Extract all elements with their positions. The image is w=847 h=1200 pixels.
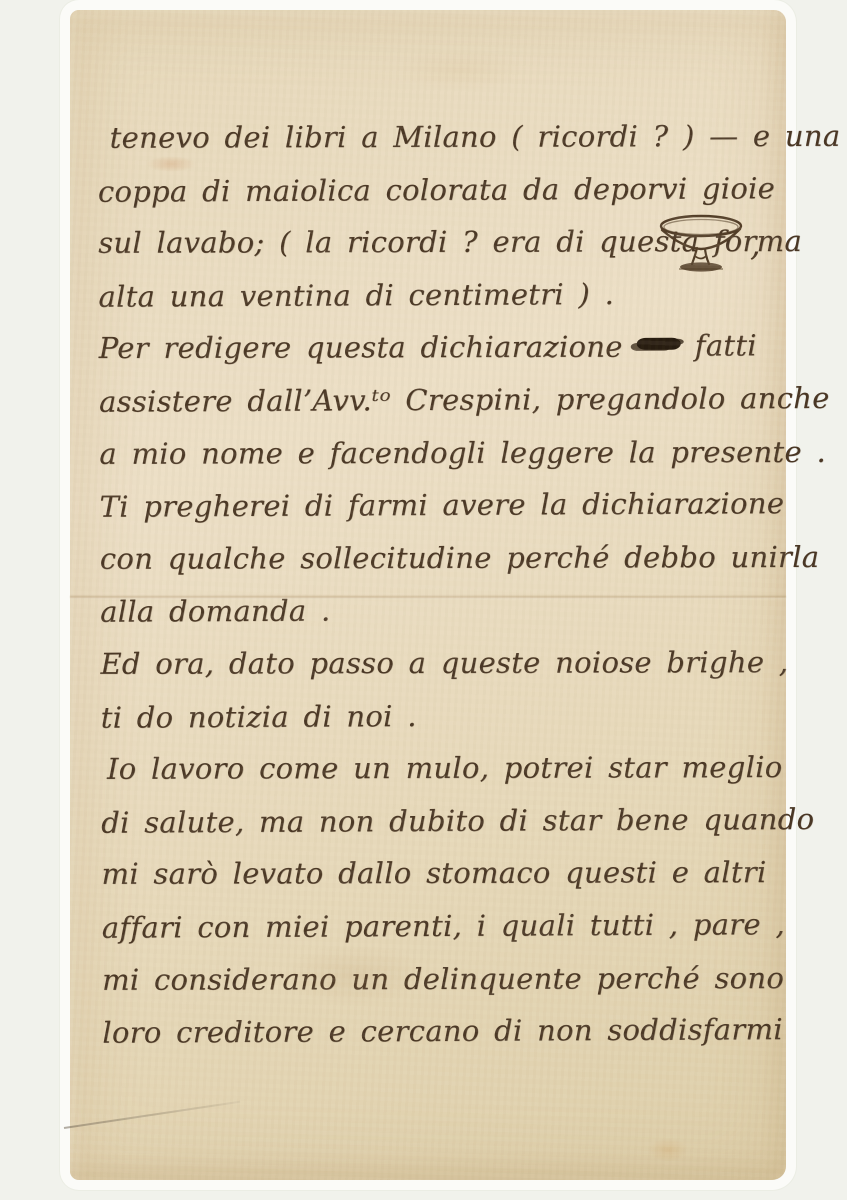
letter-line: alla domanda . <box>100 583 766 639</box>
letter-paper: tenevo dei libri a Milano ( ricordi ? ) … <box>70 10 786 1180</box>
line-text: Per redigere questa dichiarazione <box>99 321 623 375</box>
paper-stain <box>648 1138 688 1162</box>
letter-line-with-correction: Per redigere questa dichiarazionefatti <box>99 320 765 376</box>
letter-line: di salute, ma non dubito di star bene qu… <box>101 793 767 849</box>
fold-crease <box>70 595 786 599</box>
pedestal-bowl-drawing-icon <box>655 214 749 282</box>
letter-line: a mio nome e facendogli leggere la prese… <box>99 425 765 481</box>
line-text: Io lavoro come un mulo, potrei star megl… <box>107 741 783 795</box>
comma-after-drawing: , <box>750 224 761 264</box>
letter-line: loro creditore e cercano di non soddisfa… <box>102 1003 768 1059</box>
line-text: coppa di maiolica colorata da deporvi gi… <box>98 171 775 209</box>
letter-line: assistere dall’Avv.ᵗᵒ Crespini, pregando… <box>99 372 765 428</box>
line-text: assistere dall’Avv.ᵗᵒ Crespini, pregando… <box>99 381 830 419</box>
line-text: di salute, ma non dubito di star bene qu… <box>101 802 814 840</box>
line-text: ti do notizia di noi . <box>101 699 417 735</box>
letter-line: coppa di maiolica colorata da deporvi gi… <box>98 162 764 218</box>
letter-line: Ti pregherei di farmi avere la dichiaraz… <box>99 477 765 533</box>
line-text: mi sarò levato dallo stomaco questi e al… <box>101 846 766 900</box>
letter-line: ti do notizia di noi . <box>101 688 767 744</box>
line-text: loro creditore e cercano di non soddisfa… <box>102 1012 783 1050</box>
letter-line: mi considerano un delinquente perché son… <box>102 951 768 1007</box>
line-text: alla domanda . <box>100 594 331 629</box>
letter-line: affari con miei parenti, i quali tutti ,… <box>102 898 768 954</box>
scratch-mark <box>64 1101 240 1129</box>
paper-stain <box>400 50 520 90</box>
line-text: affari con miei parenti, i quali tutti ,… <box>102 907 785 945</box>
line-text: Ed ora, dato passo a queste noiose brigh… <box>100 636 788 690</box>
scan-background: tenevo dei libri a Milano ( ricordi ? ) … <box>0 0 847 1200</box>
line-text: fatti <box>695 320 757 373</box>
letter-line: Ed ora, dato passo a queste noiose brigh… <box>100 635 766 691</box>
letter-line: con qualche sollecitudine perché debbo u… <box>100 530 766 586</box>
line-text: con qualche sollecitudine perché debbo u… <box>100 531 820 585</box>
line-text: alta una ventina di centimetri ) . <box>98 277 614 314</box>
line-text: a mio nome e facendogli leggere la prese… <box>99 425 826 479</box>
inkblot-strikethrough <box>637 338 681 350</box>
line-text: Ti pregherei di farmi avere la dichiaraz… <box>100 486 785 524</box>
letter-line: Io lavoro come un mulo, potrei star megl… <box>101 740 767 796</box>
line-text: mi considerano un delinquente perché son… <box>102 952 784 1006</box>
letter-line: tenevo dei libri a Milano ( ricordi ? ) … <box>98 109 764 165</box>
line-text: tenevo dei libri a Milano ( ricordi ? ) … <box>110 110 841 165</box>
letter-line: mi sarò levato dallo stomaco questi e al… <box>101 846 767 902</box>
